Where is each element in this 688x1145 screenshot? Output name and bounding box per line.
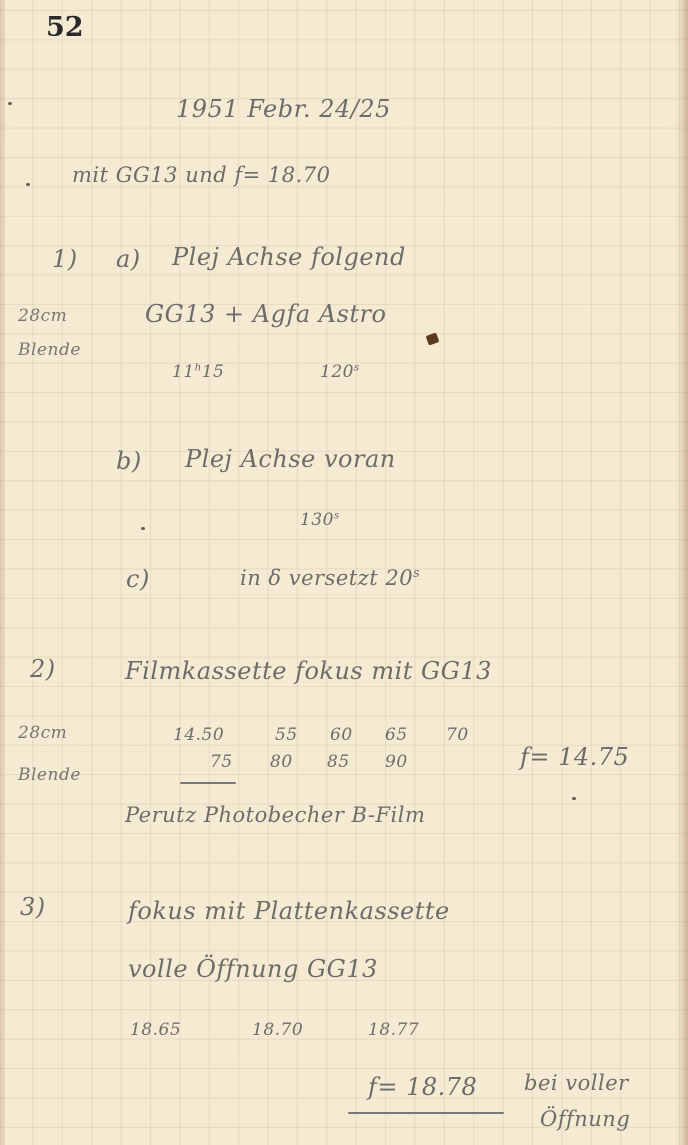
margin-note-blende: Blende — [18, 340, 81, 360]
margin-mark — [141, 527, 145, 530]
row2-value: 85 — [327, 752, 350, 772]
entry-date: 1951 Febr. 24/25 — [176, 95, 391, 123]
section-3-result: f= 18.78 — [368, 1073, 477, 1101]
section-3-value: 18.70 — [252, 1020, 303, 1040]
item-1c-text: in δ versetzt 20s — [240, 565, 420, 590]
section-2-title: Filmkassette fokus mit GG13 — [125, 657, 492, 685]
item-1a-filter: GG13 + Agfa Astro — [145, 300, 386, 328]
item-1a-label: a) — [116, 245, 141, 273]
item-1c-label: c) — [126, 565, 150, 593]
margin-note-blende: Blende — [18, 765, 81, 785]
margin-mark — [8, 102, 12, 105]
row2-value: 80 — [270, 752, 293, 772]
item-1b-exposure: 130s — [300, 510, 340, 530]
page-number: 52 — [46, 12, 84, 43]
section-2-label: 2) — [30, 655, 56, 683]
section-3-value: 18.65 — [130, 1020, 181, 1040]
margin-mark — [572, 797, 576, 800]
row1-value: 65 — [385, 725, 408, 745]
ink-stain — [426, 332, 440, 345]
row1-value: 55 — [275, 725, 298, 745]
section-3-value: 18.77 — [368, 1020, 419, 1040]
section-1-label: 1) — [52, 245, 78, 273]
item-1a-exposure: 120s — [320, 362, 360, 382]
section-2-result: f= 14.75 — [520, 743, 629, 771]
section-3-note-line2: Öffnung — [540, 1107, 630, 1131]
section-2-film: Perutz Photobecher B-Film — [125, 803, 425, 827]
row1-value: 14.50 — [173, 725, 224, 745]
result-underline — [348, 1112, 504, 1114]
setup-line: mit GG13 und f= 18.70 — [72, 163, 331, 187]
item-1a-text: Plej Achse folgend — [172, 243, 406, 271]
item-1b-text: Plej Achse voran — [185, 445, 396, 473]
notebook-page: 52 1951 Febr. 24/25 mit GG13 und f= 18.7… — [0, 0, 688, 1145]
item-1b-label: b) — [116, 447, 142, 475]
section-3-note-line1: bei voller — [524, 1071, 629, 1095]
item-1a-time: 11h15 — [172, 362, 224, 382]
section-3-title: fokus mit Plattenkassette — [128, 897, 450, 925]
section-3-subtitle: volle Öffnung GG13 — [128, 955, 378, 983]
row1-value: 70 — [446, 725, 469, 745]
section-3-label: 3) — [20, 893, 46, 921]
margin-mark — [26, 183, 30, 186]
margin-note-aperture: 28cm — [18, 306, 67, 326]
margin-note-aperture: 28cm — [18, 723, 67, 743]
underline-75 — [180, 782, 236, 784]
row2-value: 75 — [210, 752, 233, 772]
row1-value: 60 — [330, 725, 353, 745]
row2-value: 90 — [385, 752, 408, 772]
